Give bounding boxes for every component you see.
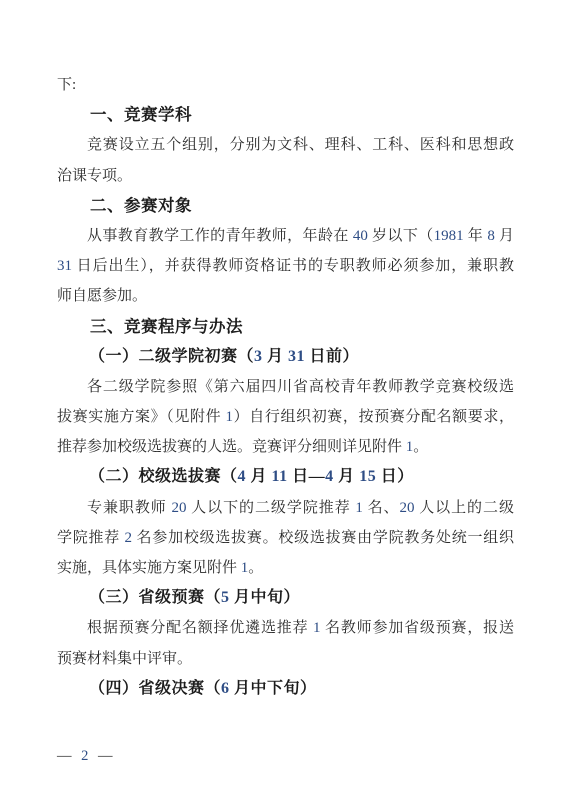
digit-text: 8 [487,228,495,244]
digit-text: 1 [406,439,414,455]
digit-text: 4 [238,468,247,485]
digit-text: 6 [221,680,230,697]
text-line: 师自愿参加。 [57,281,514,311]
digit-text: 3 [254,348,263,365]
sub-heading: （三）省级预赛（5 月中旬） [57,583,514,613]
text-line: 治课专项。 [57,161,514,191]
section-heading: 一、竞赛学科 [57,100,514,130]
digit-text: 1 [241,560,249,576]
digit-text: 1 [313,620,321,636]
digit-text: 2 [81,748,91,764]
digit-text: 5 [221,589,230,606]
text-line: 专兼职教师 20 人以下的二级学院推荐 1 名、20 人以上的二级 [57,493,514,523]
text-line: 31 日后出生），并获得教师资格证书的专职教师必须参加，兼职教 [57,251,514,281]
section-heading: 三、竞赛程序与办法 [57,312,514,342]
text-line: 各二级学院参照《第六届四川省高校青年教师教学竞赛校级选 [57,372,514,402]
digit-text: 31 [288,348,305,365]
text-line: 拔赛实施方案》（见附件 1）自行组织初赛，按预赛分配名额要求， [57,402,514,432]
text-line: 推荐参加校级选拔赛的人选。竞赛评分细则详见附件 1。 [57,432,514,462]
digit-text: 11 [272,468,288,485]
digit-text: 1 [355,500,363,516]
text-line: 学院推荐 2 名参加校级选拔赛。校级选拔赛由学院教务处统一组织 [57,523,514,553]
text-line: 实施，具体实施方案见附件 1。 [57,553,514,583]
digit-text: 1981 [434,228,464,244]
section-heading: 二、参赛对象 [57,191,514,221]
document-page: 下:一、竞赛学科竞赛设立五个组别，分别为文科、理科、工科、医科和思想政治课专项。… [0,0,571,803]
digit-text: 40 [353,228,368,244]
digit-text: 20 [400,500,415,516]
text-line: 从事教育教学工作的青年教师，年龄在 40 岁以下（1981 年 8 月 [57,221,514,251]
sub-heading: （四）省级决赛（6 月中下旬） [57,674,514,704]
text-line: 预赛材料集中评审。 [57,644,514,674]
digit-text: 20 [171,500,186,516]
digit-text: 2 [125,530,133,546]
digit-text: 31 [57,258,72,274]
text-line: 根据预赛分配名额择优遴选推荐 1 名教师参加省级预赛，报送 [57,613,514,643]
document-body: 下:一、竞赛学科竞赛设立五个组别，分别为文科、理科、工科、医科和思想政治课专项。… [57,70,514,704]
text-line: 竞赛设立五个组别，分别为文科、理科、工科、医科和思想政 [57,130,514,160]
digit-text: 4 [325,468,334,485]
digit-text: 1 [226,409,234,425]
page-number: — 2 — [57,746,116,766]
text-line: 下: [57,70,514,100]
sub-heading: （二）校级选拔赛（4 月 11 日—4 月 15 日） [57,462,514,492]
sub-heading: （一）二级学院初赛（3 月 31 日前） [57,342,514,372]
digit-text: 15 [359,468,376,485]
